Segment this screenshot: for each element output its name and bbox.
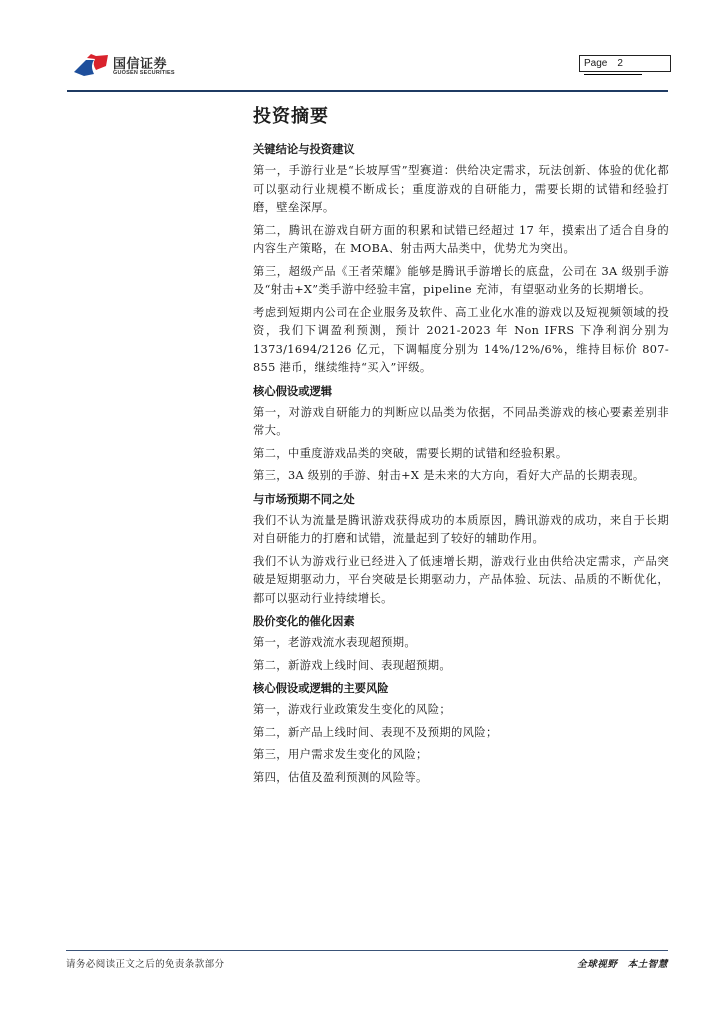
paragraph: 第一，游戏行业政策发生变化的风险； [253, 701, 669, 720]
paragraph: 考虑到短期内公司在企业服务及软件、高工业化水准的游戏以及短视频领域的投资，我们下… [253, 304, 669, 378]
paragraph: 第三，超级产品《王者荣耀》能够是腾讯手游增长的底盘，公司在 3A 级别手游及“射… [253, 263, 669, 300]
paragraph: 我们不认为流量是腾讯游戏获得成功的本质原因，腾讯游戏的成功，来自于长期对自研能力… [253, 512, 669, 549]
paragraph: 第二，腾讯在游戏自研方面的积累和试错已经超过 17 年，摸索出了适合自身的内容生… [253, 222, 669, 259]
section-heading: 关键结论与投资建议 [253, 140, 669, 158]
footer-divider [66, 950, 668, 951]
paragraph: 第三，用户需求发生变化的风险； [253, 746, 669, 765]
paragraph: 第一，对游戏自研能力的判断应以品类为依据，不同品类游戏的核心要素差别非常大。 [253, 404, 669, 441]
paragraph: 第二，新产品上线时间、表现不及预期的风险； [253, 724, 669, 743]
section-core-assumptions: 核心假设或逻辑 第一，对游戏自研能力的判断应以品类为依据，不同品类游戏的核心要素… [253, 382, 669, 486]
footer-slogan: 全球视野 本土智慧 [577, 956, 668, 970]
section-heading: 与市场预期不同之处 [253, 490, 669, 508]
paragraph: 第二，新游戏上线时间、表现超预期。 [253, 657, 669, 676]
section-key-conclusions: 关键结论与投资建议 第一，手游行业是“长坡厚雪”型赛道：供给决定需求，玩法创新、… [253, 140, 669, 378]
paragraph: 我们不认为游戏行业已经进入了低速增长期，游戏行业由供给决定需求，产品突破是短期驱… [253, 553, 669, 609]
page-title: 投资摘要 [253, 104, 669, 130]
footer-disclaimer: 请务必阅读正文之后的免责条款部分 [66, 956, 224, 970]
header-divider [67, 90, 668, 92]
guosen-logo: 国信证券 GUOSEN SECURITIES [74, 52, 184, 80]
paragraph: 第二，中重度游戏品类的突破，需要长期的试错和经验积累。 [253, 445, 669, 464]
section-heading: 核心假设或逻辑的主要风险 [253, 679, 669, 697]
section-heading: 股价变化的催化因素 [253, 612, 669, 630]
page-underline [584, 74, 642, 75]
page-number: 2 [617, 58, 623, 69]
paragraph: 第一，老游戏流水表现超预期。 [253, 634, 669, 653]
logo-name-en: GUOSEN SECURITIES [113, 70, 175, 76]
page-indicator: Page2 [579, 55, 671, 72]
page-label: Page [584, 58, 607, 69]
guosen-logo-icon [74, 52, 110, 78]
section-differences-from-market: 与市场预期不同之处 我们不认为流量是腾讯游戏获得成功的本质原因，腾讯游戏的成功，… [253, 490, 669, 609]
paragraph: 第一，手游行业是“长坡厚雪”型赛道：供给决定需求，玩法创新、体验的优化都可以驱动… [253, 162, 669, 218]
section-catalysts: 股价变化的催化因素 第一，老游戏流水表现超预期。 第二，新游戏上线时间、表现超预… [253, 612, 669, 675]
section-risks: 核心假设或逻辑的主要风险 第一，游戏行业政策发生变化的风险； 第二，新产品上线时… [253, 679, 669, 787]
paragraph: 第四，估值及盈利预测的风险等。 [253, 769, 669, 788]
paragraph: 第三，3A 级别的手游、射击+X 是未来的大方向，看好大产品的长期表现。 [253, 467, 669, 486]
section-heading: 核心假设或逻辑 [253, 382, 669, 400]
document-body: 投资摘要 关键结论与投资建议 第一，手游行业是“长坡厚雪”型赛道：供给决定需求，… [253, 104, 669, 791]
